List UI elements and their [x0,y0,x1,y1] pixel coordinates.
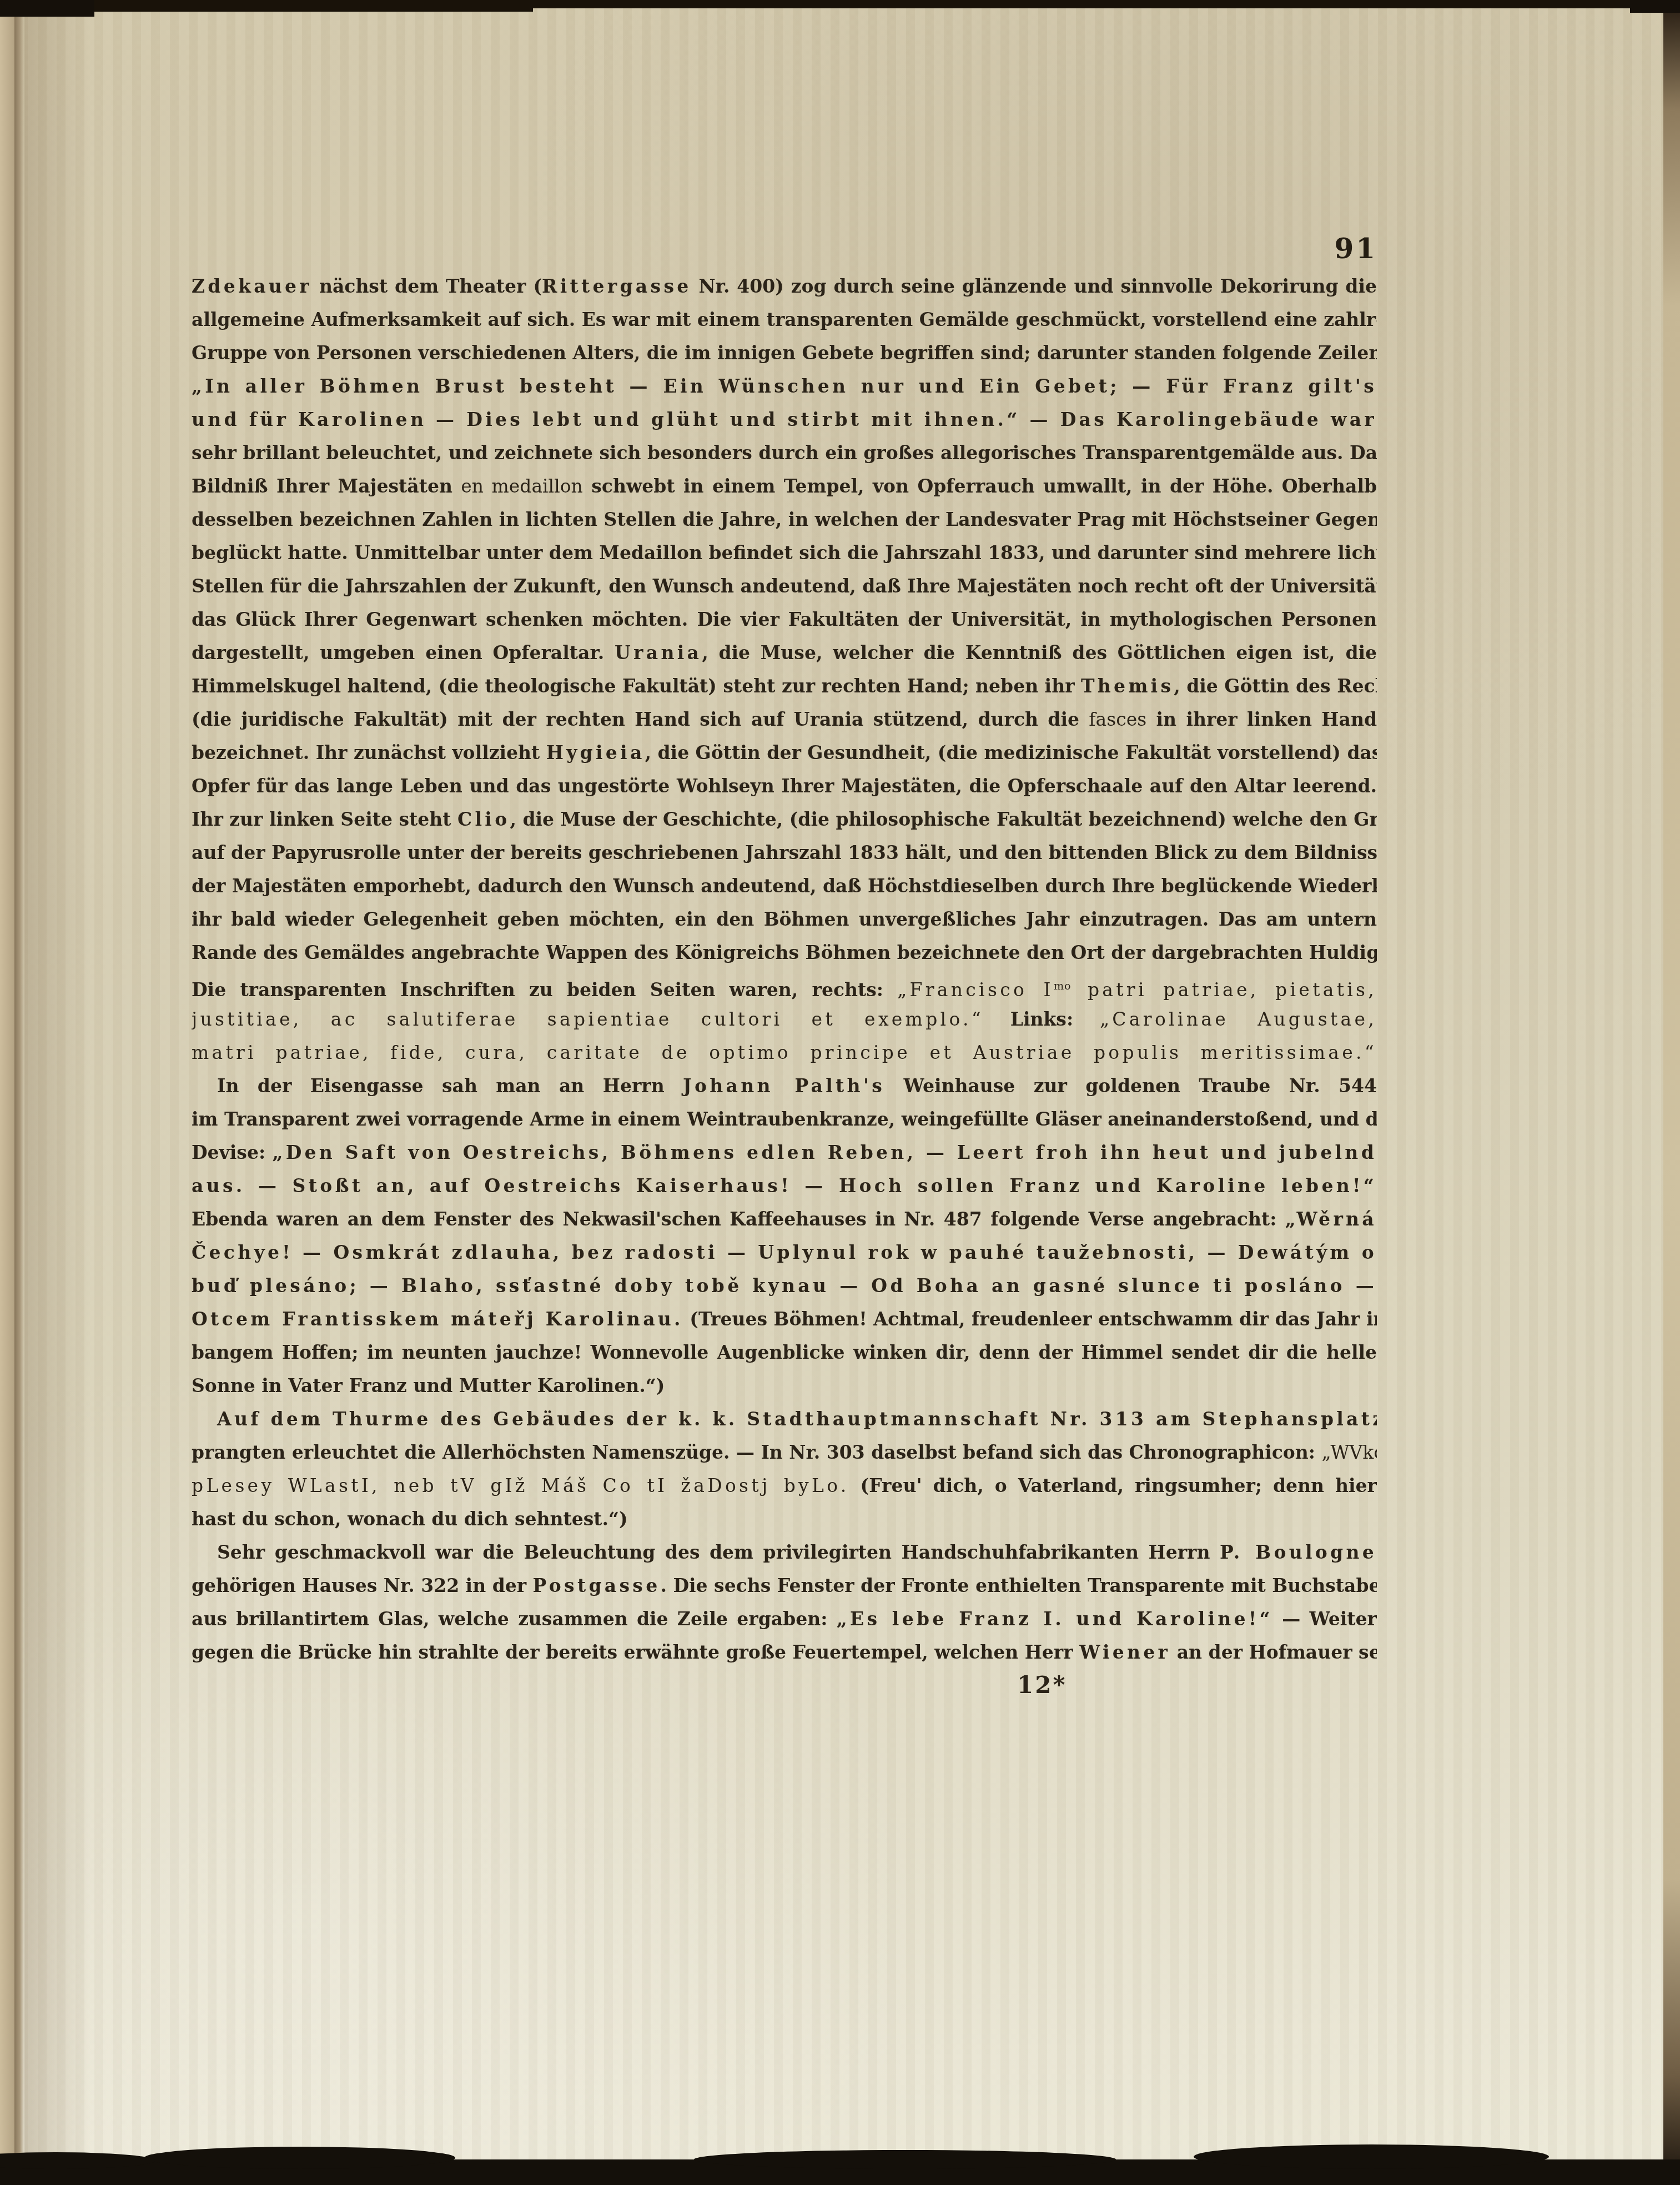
text-segment: Die transparenten Inschriften zu beiden … [192,979,897,1001]
text-line: desselben bezeichnen Zahlen in lichten S… [192,503,1377,536]
text-segment: Otcem Frantisskem máteřj Karolinau. [192,1308,683,1330]
text-segment: „WVkoL [1321,1441,1377,1463]
text-line: auf der Papyrusrolle unter der bereits g… [192,836,1377,870]
text-segment: Himmelskugel haltend, (die theologische … [192,675,1081,697]
text-segment: allgemeine Aufmerksamkeit auf sich. Es w… [192,309,1377,330]
text-line: gehörigen Hauses Nr. 322 in der Postgass… [192,1569,1377,1603]
text-segment: Sonne in Vater Franz und Mutter Karoline… [192,1375,665,1397]
text-line: sehr brillant beleuchtet, und zeichnete … [192,436,1377,470]
text-segment: Weinhause zur goldenen Traube Nr. 544 [885,1075,1377,1097]
page-number: 91 [1334,232,1377,265]
text-segment: Ihr zur linken Seite steht [192,808,457,830]
text-line: hast du schon, wonach du dich sehntest.“… [192,1503,1377,1536]
text-line: bangem Hoffen; im neunten jauchze! Wonne… [192,1336,1377,1369]
text-segment: matri patriae, fide, cura, caritate de o… [192,1042,1377,1063]
text-segment: gegen die Brücke hin strahlte der bereit… [192,1641,1079,1663]
text-segment: schwebt in einem Tempel, von Opferrauch … [583,475,1377,497]
page-top-left-corner [0,0,94,17]
text-segment: Johann Palth's [683,1075,885,1097]
text-line: Opfer für das lange Leben und das ungest… [192,770,1377,803]
text-segment: gehörigen Hauses Nr. 322 in der [192,1575,533,1596]
text-segment: dargestellt, umgeben einen Opferaltar. [192,642,615,664]
text-segment: Ebenda waren an dem Fenster des Nekwasil… [192,1208,1285,1230]
gutter-shadow [24,0,91,2185]
text-segment: aus brillantirtem Glas, welche zusammen … [192,1608,837,1630]
page-right-edge [1663,0,1680,2185]
text-segment: Themis [1081,675,1174,697]
page-bottom-edge [144,2147,455,2169]
text-segment: Clio [457,808,510,830]
text-line: Gruppe von Personen verschiedenen Alters… [192,336,1377,370]
text-segment: nächst dem Theater ( [312,275,542,297]
text-segment: „Den Saft von Oestreichs, Böhmens edlen … [272,1142,1377,1163]
text-segment: justitiae, ac salutiferae sapientiae cul… [192,1008,984,1030]
text-segment: aus. — Stoßt an, auf Oestreichs Kaiserha… [192,1175,1377,1197]
text-segment: desselben bezeichnen Zahlen in lichten S… [192,509,1377,530]
text-line: prangten erleuchtet die Allerhöchsten Na… [192,1436,1377,1469]
text-segment: . Die sechs Fenster der Fronte enthielte… [660,1575,1377,1596]
text-block: Zdekauer nächst dem Theater (Rittergasse… [192,270,1377,1669]
text-segment: Zdekauer [192,275,312,297]
text-segment: , die Göttin des Rechtes, [1174,675,1377,697]
text-segment: Bildniß Ihrer Majestäten [192,475,461,497]
text-segment: bangem Hoffen; im neunten jauchze! Wonne… [192,1342,1377,1363]
text-line: Otcem Frantisskem máteřj Karolinau. (Tre… [192,1303,1377,1336]
text-segment: Wiener [1079,1641,1170,1663]
text-line: In der Eisengasse sah man an Herrn Johan… [192,1069,1377,1103]
text-line: pLesey WLastI, neb tV gIž Máš Co tI žaDo… [192,1469,1377,1503]
superscript-text: mo [1054,980,1072,992]
text-line: das Glück Ihrer Gegenwart schenken möcht… [192,603,1377,636]
binding-edge [0,0,14,2185]
binding-crease [14,0,24,2185]
text-segment: in ihrer linken Hand [1146,709,1377,730]
text-segment: bezeichnet. Ihr zunächst vollzieht [192,742,546,764]
text-segment: en medaillon [461,475,583,497]
text-segment: , die Göttin der Gesundheit, (die medizi… [645,742,1377,764]
text-segment: P. Boulogne [1220,1541,1377,1563]
text-segment: „Francisco I [897,979,1054,1001]
text-segment: Rittergasse [542,275,692,297]
text-line: (die juridische Fakultät) mit der rechte… [192,703,1377,736]
text-line: Sonne in Vater Franz und Mutter Karoline… [192,1369,1377,1403]
text-segment: das Glück Ihrer Gegenwart schenken möcht… [192,609,1377,630]
text-segment: der Majestäten emporhebt, dadurch den Wu… [192,875,1377,897]
text-segment: prangten erleuchtet die Allerhöchsten Na… [192,1441,1321,1463]
text-segment: pLesey WLastI, neb tV gIž Máš Co tI žaDo… [192,1475,849,1496]
text-line: bezeichnet. Ihr zunächst vollzieht Hygie… [192,736,1377,770]
text-line: ihr bald wieder Gelegenheit geben möchte… [192,903,1377,936]
text-segment: Urania [615,642,702,664]
text-line: Rande des Gemäldes angebrachte Wappen de… [192,936,1377,970]
text-line: Die transparenten Inschriften zu beiden … [192,970,1377,1003]
page-bottom-edge [1194,2144,1549,2169]
text-line: Ebenda waren an dem Fenster des Nekwasil… [192,1203,1377,1236]
text-line: matri patriae, fide, cura, caritate de o… [192,1036,1377,1069]
text-segment: „Carolinae Augustae, [1100,1008,1377,1030]
text-segment: hast du schon, wonach du dich sehntest.“… [192,1508,628,1530]
text-segment: Postgasse [533,1575,661,1596]
text-line: Ihr zur linken Seite steht Clio, die Mus… [192,803,1377,836]
text-segment: (die juridische Fakultät) mit der rechte… [192,709,1089,730]
text-segment: Nr. 400) zog durch seine glänzende und s… [692,275,1377,297]
text-segment: In der Eisengasse sah man an Herrn [217,1075,683,1097]
text-line: aus. — Stoßt an, auf Oestreichs Kaiserha… [192,1169,1377,1203]
text-line: Bildniß Ihrer Majestäten en medaillon sc… [192,470,1377,503]
text-line: aus brillantirtem Glas, welche zusammen … [192,1603,1377,1636]
text-segment: auf der Papyrusrolle unter der bereits g… [192,842,1377,863]
text-segment: „Wěrná [1285,1208,1377,1230]
text-segment: Auf dem Thurme des Gebäudes der k. k. St… [217,1408,1377,1430]
text-segment: Rande des Gemäldes angebrachte Wappen de… [192,942,1377,963]
text-line: und für Karolinen — Dies lebt und glüht … [192,403,1377,436]
text-line: Čechye! — Osmkrát zdlauha, bez radosti —… [192,1236,1377,1269]
text-segment: Hygieia [546,742,645,764]
text-segment: Stellen für die Jahrszahlen der Zukunft,… [192,575,1377,597]
page-top-right-corner [1630,0,1680,13]
text-segment: und für Karolinen — Dies lebt und glüht … [192,409,1377,430]
text-segment: — Weiter [1273,1608,1377,1630]
text-line: der Majestäten emporhebt, dadurch den Wu… [192,870,1377,903]
text-line: Sehr geschmackvoll war die Beleuchtung d… [192,1536,1377,1569]
text-line: beglückt hatte. Unmittelbar unter dem Me… [192,536,1377,570]
text-segment: Gruppe von Personen verschiedenen Alters… [192,342,1377,364]
text-segment: (Freu' dich, o Vaterland, ringsumher; de… [849,1475,1377,1496]
text-line: dargestellt, umgeben einen Opferaltar. U… [192,636,1377,670]
text-line: „In aller Böhmen Brust besteht — Ein Wün… [192,370,1377,403]
text-segment: „Es lebe Franz I. und Karoline!“ [837,1608,1273,1630]
text-segment: ihr bald wieder Gelegenheit geben möchte… [192,908,1377,930]
text-line: im Transparent zwei vorragende Arme in e… [192,1103,1377,1136]
text-line: gegen die Brücke hin strahlte der bereit… [192,1636,1377,1669]
text-segment: im Transparent zwei vorragende Arme in e… [192,1108,1377,1130]
text-segment: buď plesáno; — Blaho, ssťastné doby tobě… [192,1275,1377,1297]
text-segment: Links: [984,1008,1100,1030]
signature-mark: 12* [1017,1671,1067,1699]
text-segment: Čechye! — Osmkrát zdlauha, bez radosti —… [192,1242,1377,1263]
text-segment: sehr brillant beleuchtet, und zeichnete … [192,442,1377,464]
text-line: Stellen für die Jahrszahlen der Zukunft,… [192,570,1377,603]
text-segment: patri patriae, pietatis, [1071,979,1377,1001]
text-line: allgemeine Aufmerksamkeit auf sich. Es w… [192,303,1377,336]
text-segment: Devise: [192,1142,272,1163]
text-line: Auf dem Thurme des Gebäudes der k. k. St… [192,1403,1377,1436]
text-segment: , die Muse, welcher die Kenntniß des Göt… [702,642,1377,664]
text-segment: fasces [1089,709,1146,730]
text-line: Himmelskugel haltend, (die theologische … [192,670,1377,703]
text-line: Zdekauer nächst dem Theater (Rittergasse… [192,270,1377,303]
text-segment: , die Muse der Geschichte, (die philosop… [510,808,1377,830]
text-segment: „In aller Böhmen Brust besteht — Ein Wün… [192,375,1377,397]
text-line: buď plesáno; — Blaho, ssťastné doby tobě… [192,1269,1377,1303]
text-segment: an der Hofmauer seines [1170,1641,1377,1663]
text-segment: Sehr geschmackvoll war die Beleuchtung d… [217,1541,1220,1563]
book-page: 91 Zdekauer nächst dem Theater (Ritterga… [0,0,1680,2185]
text-line: justitiae, ac salutiferae sapientiae cul… [192,1003,1377,1036]
page-bottom-edge [694,2150,1116,2169]
text-segment: (Treues Böhmen! Achtmal, freudenleer ent… [683,1308,1377,1330]
text-line: Devise: „Den Saft von Oestreichs, Böhmen… [192,1136,1377,1169]
text-segment: Opfer für das lange Leben und das ungest… [192,775,1377,797]
text-segment: beglückt hatte. Unmittelbar unter dem Me… [192,542,1377,564]
